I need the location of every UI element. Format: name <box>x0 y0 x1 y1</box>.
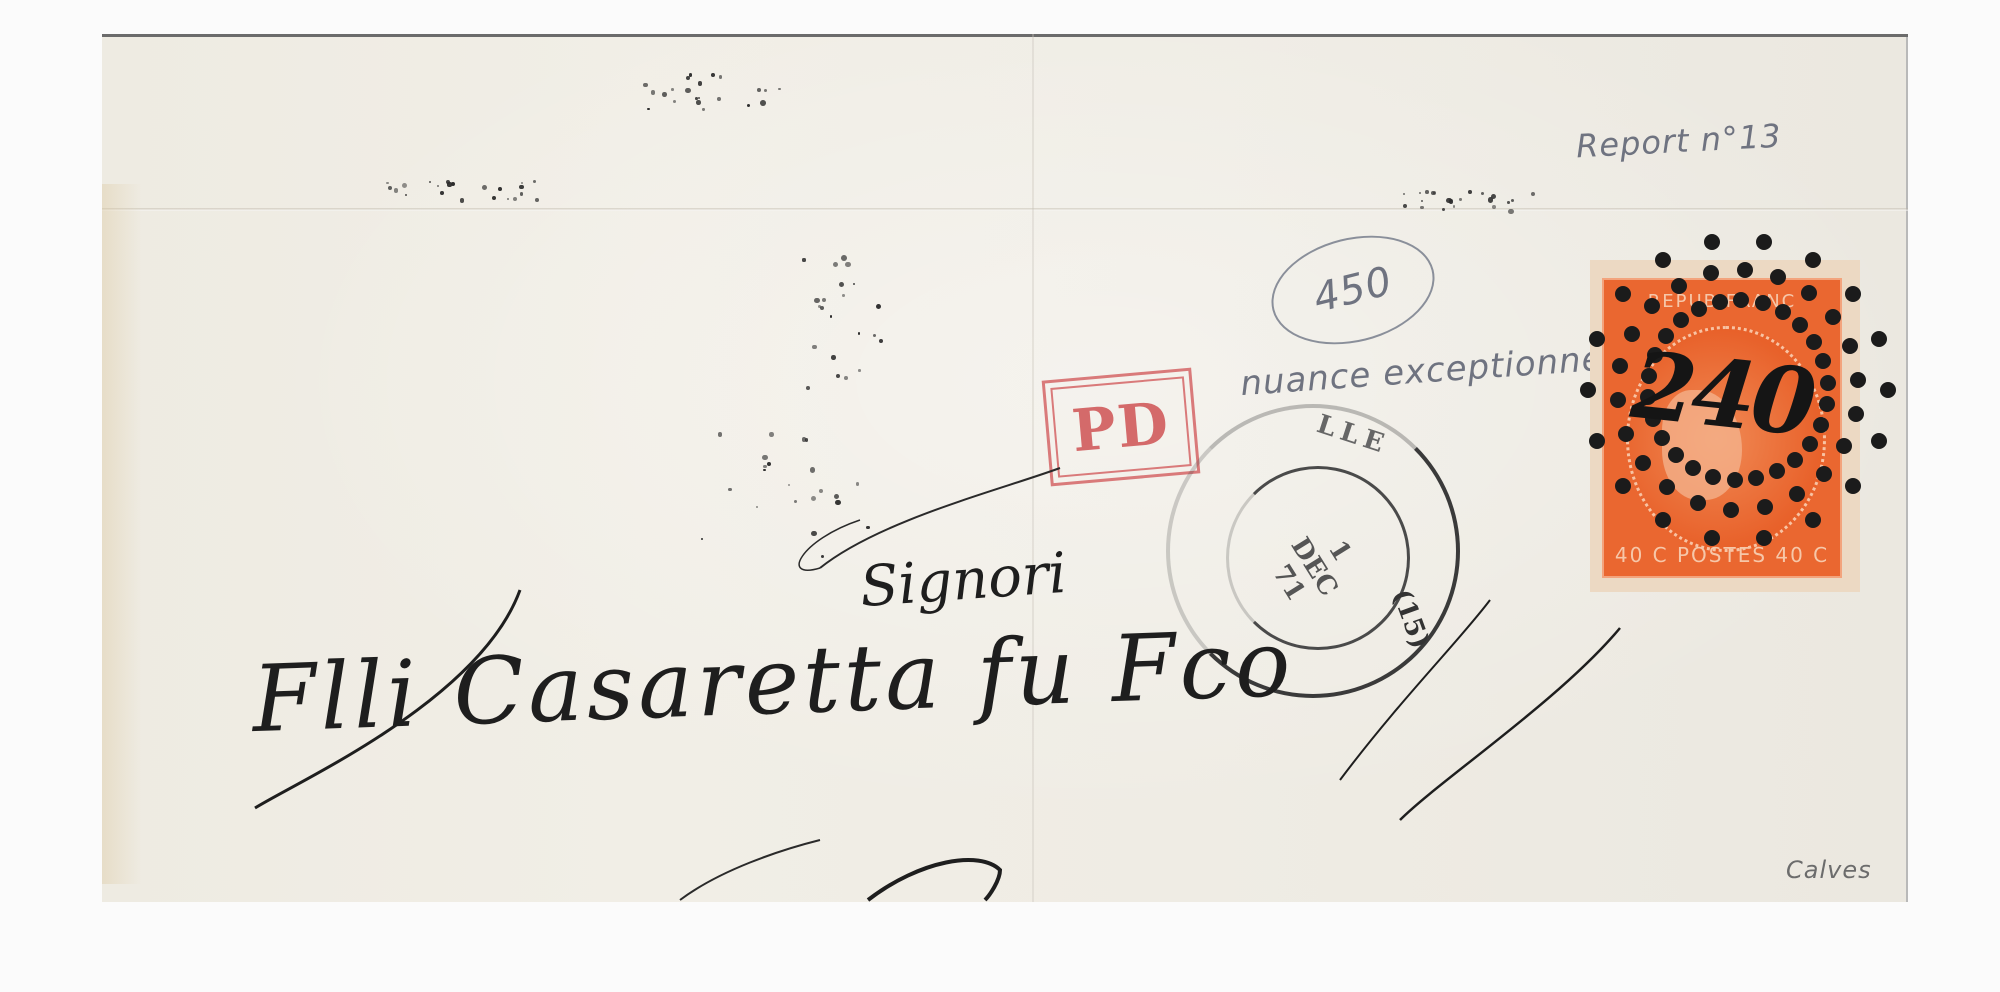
handwriting-flourishes <box>0 0 2000 992</box>
